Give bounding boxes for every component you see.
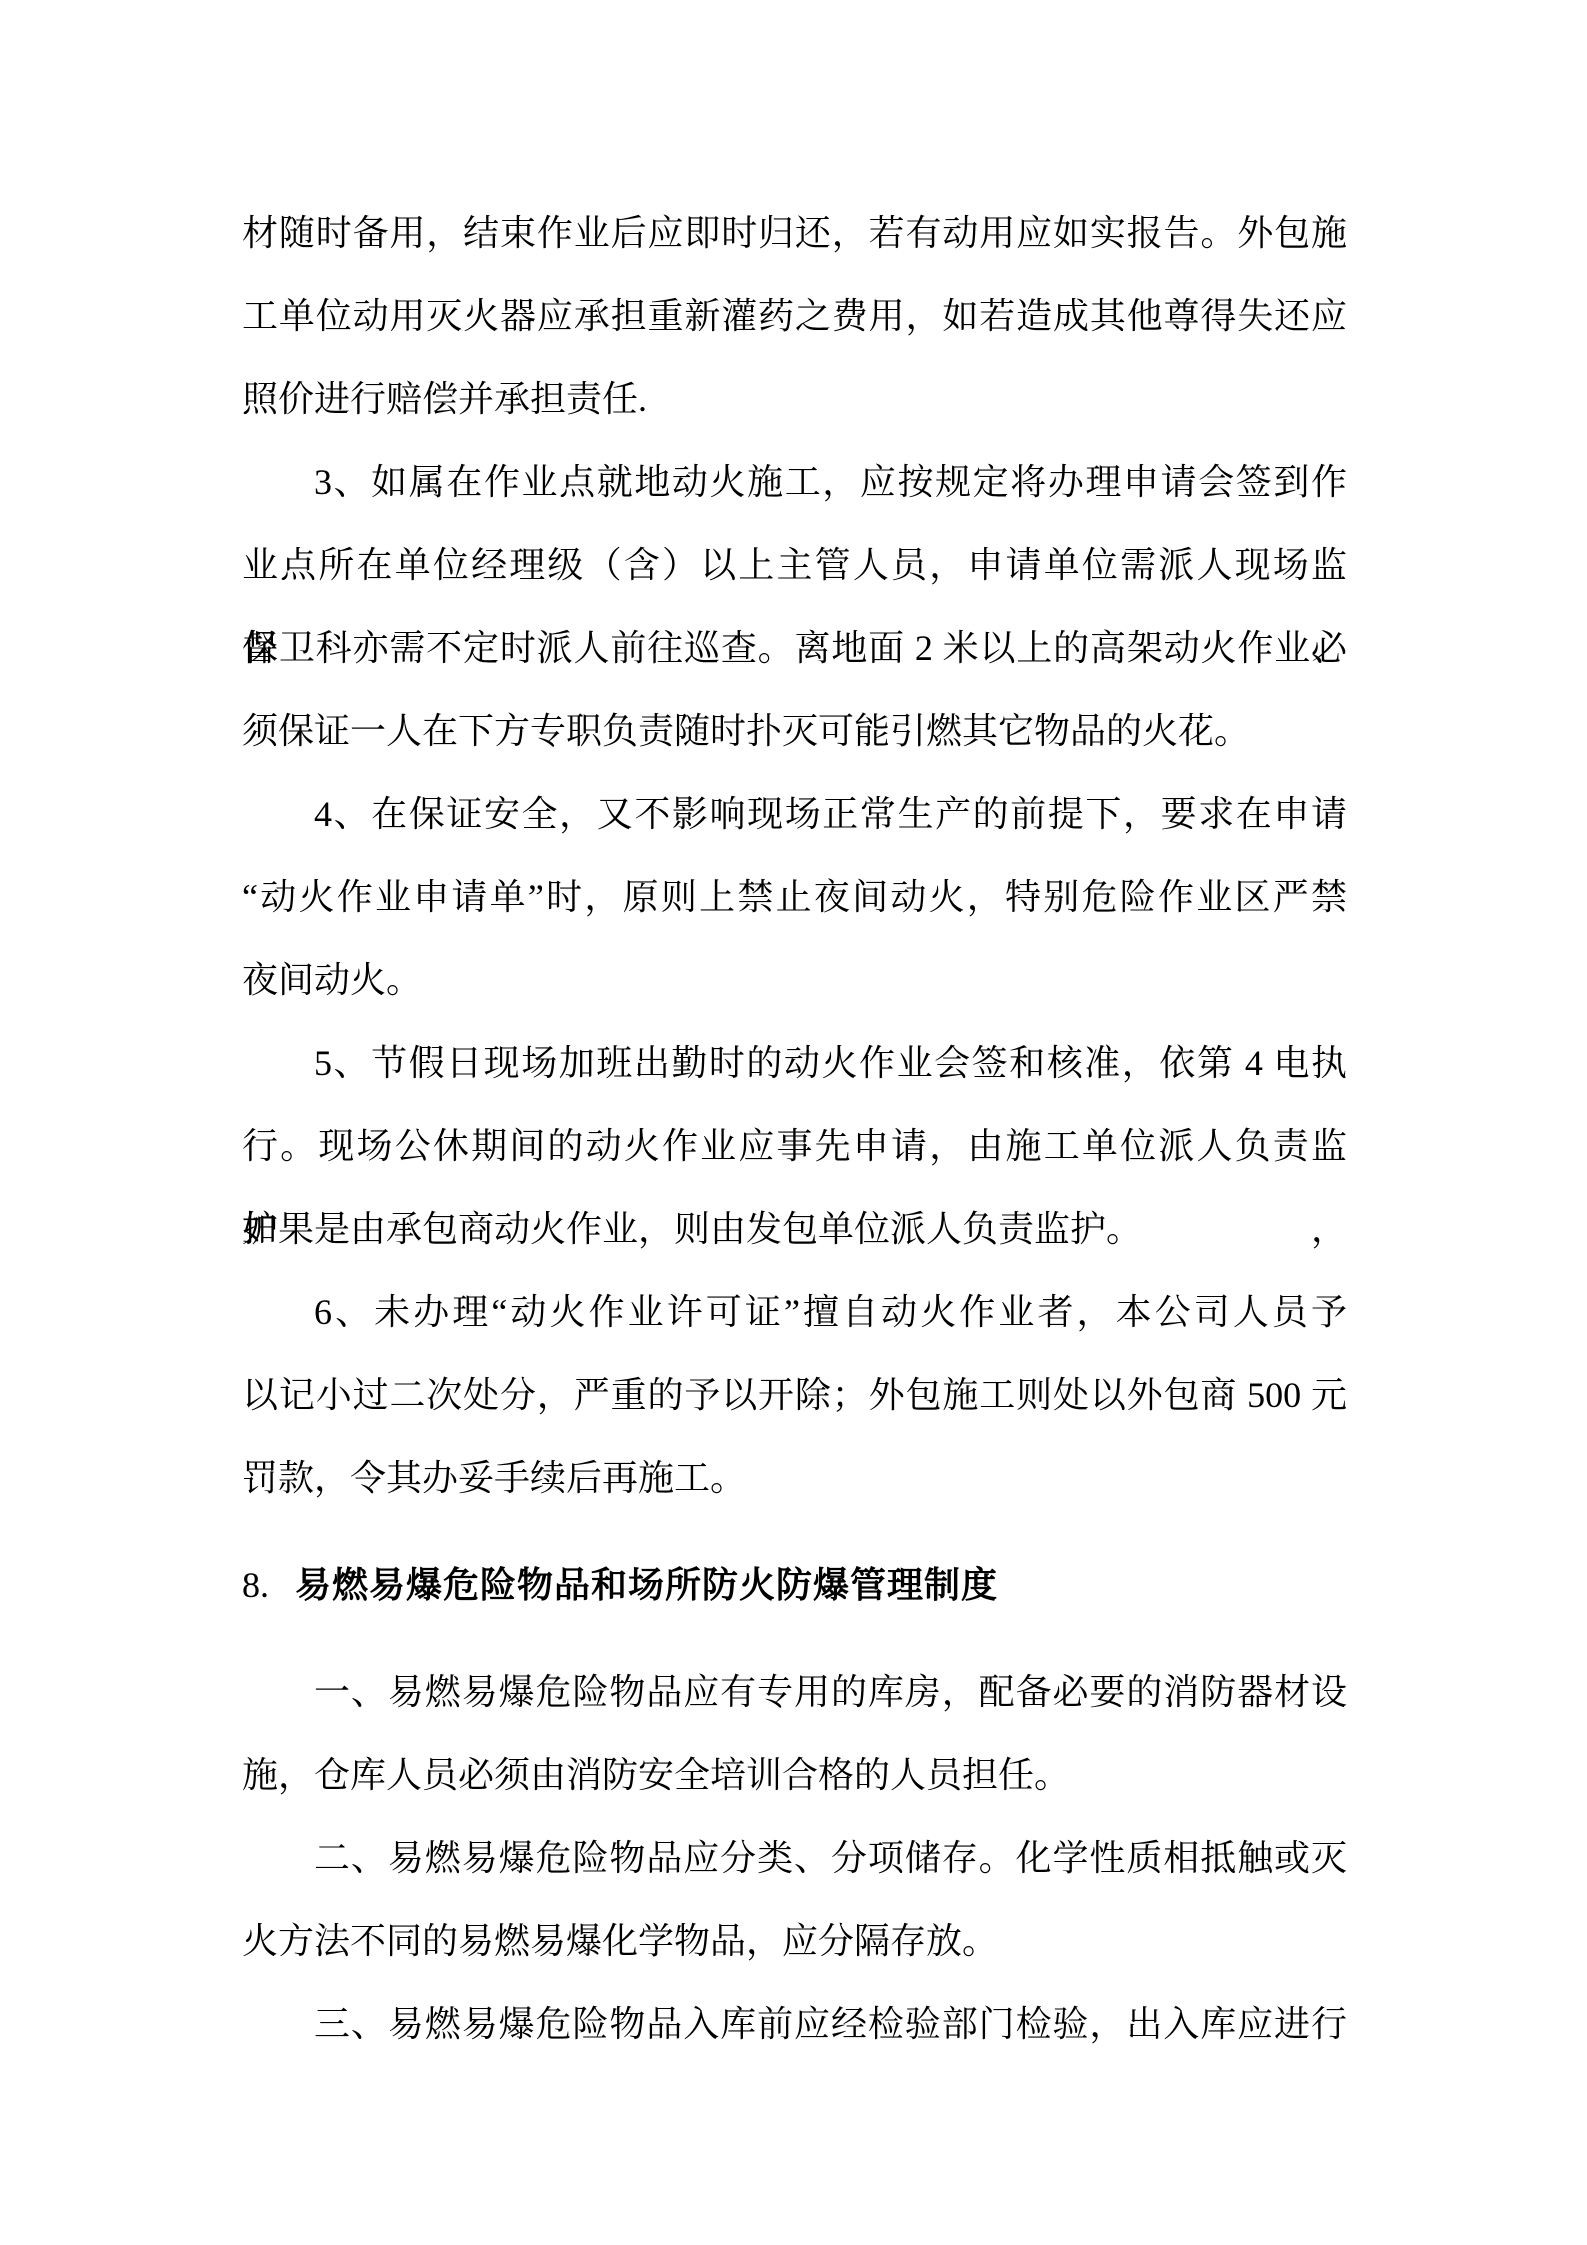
document-page: 材随时备用，结束作业后应即时归还，若有动用应如实报告。外包施工单位动用灭火器应承… [0,0,1587,2245]
paragraph-line: 行。现场公休期间的动火作业应事先申请，由施工单位派人负责监护， [242,1105,1347,1188]
paragraph-line: 二、易燃易爆危险物品应分类、分项储存。化学性质相抵触或灭 [242,1817,1347,1900]
paragraph-line: 火方法不同的易燃易爆化学物品，应分隔存放。 [242,1900,1347,1983]
paragraph-line: 施，仓库人员必须由消防安全培训合格的人员担任。 [242,1734,1347,1817]
paragraph-line: “动火作业申请单”时，原则上禁止夜间动火，特别危险作业区严禁 [242,856,1347,939]
paragraph: 二、易燃易爆危险物品应分类、分项储存。化学性质相抵触或灭火方法不同的易燃易爆化学… [242,1817,1347,1983]
paragraph: 材随时备用，结束作业后应即时归还，若有动用应如实报告。外包施工单位动用灭火器应承… [242,192,1347,441]
paragraph-line: 须保证一人在下方专职负责随时扑灭可能引燃其它物品的火花。 [242,690,1347,773]
heading-title: 易燃易爆危险物品和场所防火防爆管理制度 [295,1564,998,1605]
paragraph-line: 一、易燃易爆危险物品应有专用的库房，配备必要的消防器材设 [242,1651,1347,1734]
document-content: 材随时备用，结束作业后应即时归还，若有动用应如实报告。外包施工单位动用灭火器应承… [242,192,1347,2066]
paragraph-line: 6、未办理“动火作业许可证”擅自动火作业者，本公司人员予 [242,1271,1347,1354]
paragraph: 一、易燃易爆危险物品应有专用的库房，配备必要的消防器材设施，仓库人员必须由消防安… [242,1651,1347,1817]
paragraph-line: 材随时备用，结束作业后应即时归还，若有动用应如实报告。外包施 [242,192,1347,275]
paragraph-line: 5、节假日现场加班出勤时的动火作业会签和核准，依第 4 电执 [242,1022,1347,1105]
paragraph-line: 3、如属在作业点就地动火施工，应按规定将办理申请会签到作 [242,441,1347,524]
section-heading: 8.易燃易爆危险物品和场所防火防爆管理制度 [242,1543,1347,1626]
paragraph: 3、如属在作业点就地动火施工，应按规定将办理申请会签到作业点所在单位经理级（含）… [242,441,1347,773]
paragraph-line: 以记小过二次处分，严重的予以开除；外包施工则处以外包商 500 元 [242,1354,1347,1437]
paragraph-line: 照价进行赔偿并承担责任. [242,358,1347,441]
paragraph: 6、未办理“动火作业许可证”擅自动火作业者，本公司人员予以记小过二次处分，严重的… [242,1271,1347,1520]
paragraph: 5、节假日现场加班出勤时的动火作业会签和核准，依第 4 电执行。现场公休期间的动… [242,1022,1347,1271]
paragraph-line: 罚款，令其办妥手续后再施工。 [242,1437,1347,1520]
paragraph-line: 三、易燃易爆危险物品入库前应经检验部门检验，出入库应进行 [242,1983,1347,2066]
paragraph-line: 业点所在单位经理级（含）以上主管人员，申请单位需派人现场监督、 [242,524,1347,607]
paragraph: 三、易燃易爆危险物品入库前应经检验部门检验，出入库应进行 [242,1983,1347,2066]
paragraph: 4、在保证安全，又不影响现场正常生产的前提下，要求在申请“动火作业申请单”时，原… [242,773,1347,1022]
paragraph-line: 工单位动用灭火器应承担重新灌药之费用，如若造成其他尊得失还应 [242,275,1347,358]
heading-number: 8. [242,1544,295,1627]
paragraph-line: 4、在保证安全，又不影响现场正常生产的前提下，要求在申请 [242,773,1347,856]
paragraph-line: 夜间动火。 [242,939,1347,1022]
paragraph-line: 保卫科亦需不定时派人前往巡查。离地面 2 米以上的高架动火作业必 [242,607,1347,690]
